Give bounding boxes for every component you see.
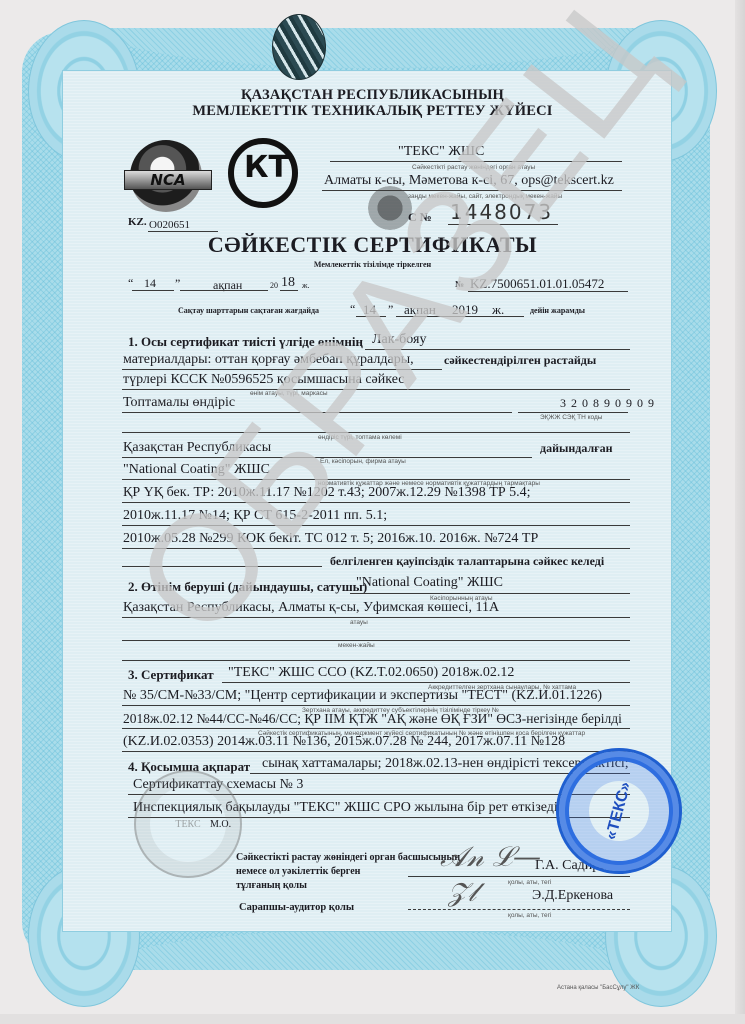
header-line1: ҚАЗАҚСТАН РЕСПУБЛИКАСЫНЫҢ	[0, 87, 745, 104]
head-signature-label-line3: тұлғаның қолы	[236, 880, 307, 891]
underline	[356, 316, 386, 317]
issue-date-open-quote: “	[128, 276, 133, 291]
blank-number-label: С №	[408, 210, 432, 225]
requirements-text: белгіленген қауіпсіздік талаптарына сәйк…	[330, 554, 604, 569]
kt-logo-glyph: КТ	[244, 150, 289, 185]
issue-day: 14	[144, 276, 156, 291]
underline	[122, 705, 630, 706]
underline	[222, 682, 630, 683]
underline	[122, 566, 322, 567]
underline	[365, 349, 630, 350]
underline	[408, 909, 630, 910]
head-signature-icon: 𝒜𝓃 ℒ—	[440, 840, 541, 874]
underline	[122, 617, 630, 618]
underline	[122, 548, 630, 549]
underline	[518, 412, 628, 413]
seal-place-label: М.О.	[210, 819, 231, 830]
address-caption: атауы	[350, 619, 368, 626]
section3-line4: (KZ.И.02.0353) 2014ж.03.11 №136, 2015ж.0…	[123, 734, 565, 750]
underline	[180, 290, 268, 291]
underline	[330, 161, 622, 162]
certificate-content: ҚАЗАҚСТАН РЕСПУБЛИКАСЫНЫҢ МЕМЛЕКЕТТІК ТЕ…	[0, 0, 745, 1024]
section3-line2: № 35/СМ-№33/СМ; "Центр сертификации и эк…	[123, 688, 602, 704]
register-number-value: KZ.7500651.01.01.05472	[470, 276, 604, 292]
underline	[280, 290, 298, 291]
section3-line3: 2018ж.02.12 №44/СС-№46/СС; ҚР ІІМ ҚТЖ "А…	[123, 711, 622, 727]
issue-date-close-quote: ”	[175, 276, 180, 291]
blank-number: 1448073	[450, 200, 553, 224]
identification-text: сәйкестендірілген растайды	[444, 353, 596, 368]
issue-year-suffix: 18	[281, 275, 295, 291]
issuer-address-caption: заңды мекен-жайы, сайт, электрондық меке…	[408, 193, 562, 200]
underline	[468, 291, 628, 292]
section1-label: 1. Осы сертификат тиісті үлгіде өнімнің	[128, 334, 363, 350]
head-sign-caption: қолы, аты, тегі	[508, 879, 551, 886]
underline	[122, 412, 512, 413]
underline	[408, 876, 630, 877]
section2-label: 2. Өтінім беруші (дайындаушы, сатушы)	[128, 579, 367, 595]
underline	[122, 728, 630, 729]
auditor-signature-label: Сарапшы-аудитор қолы	[239, 902, 354, 913]
underline	[122, 751, 630, 752]
manufacturer-country: Қазақстан Республикасы	[123, 440, 271, 456]
underline	[122, 502, 630, 503]
product-caption: өнім атауы, түрі, маркасы	[250, 390, 328, 397]
product-line1: Лак-бояу	[372, 332, 426, 348]
tnved-code: 3 2 0 8 9 0 9 0 9	[560, 396, 655, 411]
norms-line2: 2010ж.11.17 №14; ҚР СТ 615-2-2011 пп. 5.…	[123, 508, 387, 524]
underline	[132, 290, 174, 291]
address2-caption: мекен-жайы	[338, 642, 375, 649]
production-type: Топтамалы өндіріс	[123, 395, 235, 411]
underline	[122, 525, 630, 526]
underline	[122, 660, 630, 661]
kz-prefix: KZ.	[128, 216, 147, 228]
section3-line1: "ТЕКС" ЖШС ССО (KZ.T.02.0650) 2018ж.02.1…	[228, 665, 514, 681]
validity-close-quote: ”	[388, 302, 393, 317]
header-line2: МЕМЛЕКЕТТІК ТЕХНИКАЛЫҚ РЕТТЕУ ЖҮЙЕСІ	[0, 103, 745, 120]
auditor-signature-icon: 𝒵𝓁	[448, 878, 476, 909]
underline	[122, 369, 442, 370]
underline	[122, 432, 630, 433]
tnved-caption: ЭҚЖЖ СЭҚ ТН коды	[540, 414, 602, 421]
country-caption: Ел, кәсіпорын, фирма атауы	[320, 458, 406, 465]
auditor-name: Э.Д.Еркенова	[532, 888, 613, 904]
register-number-label: №	[455, 279, 464, 289]
underline	[322, 190, 622, 191]
norms-line3: 2010ж.05.28 №299 КОК бекіт. ТС 012 т. 5;…	[123, 531, 538, 547]
gray-stamp-text: ТЕКС	[175, 819, 200, 830]
section3-label: 3. Сертификат	[128, 667, 214, 683]
product-line2: материалдары: оттан қорғау әмбебап құрал…	[123, 352, 414, 368]
issuer-name: "ТЕКС" ЖШС	[398, 144, 484, 160]
certificate-title: СӘЙКЕСТІК СЕРТИФИКАТЫ	[0, 232, 745, 258]
issuer-address: Алматы к-сы, Мәметова к-сі, 67, ops@teks…	[324, 173, 614, 189]
printer-imprint: Астана қаласы "БасСұлу" ЖК	[557, 985, 639, 991]
blue-stamp-text: «ТЕКС»	[603, 780, 636, 842]
applicant-name: "National Coating" ЖШС	[356, 575, 503, 591]
issue-year-unit: ж.	[302, 281, 310, 290]
kz-number: О020651	[149, 219, 190, 231]
product-line3: түрлері КССК №0596525 қосымшасына сәйкес	[123, 372, 404, 388]
auditor-sign-caption: қолы, аты, тегі	[508, 912, 551, 919]
norms-line1: ҚР ҮҚ бек. ТР: 2010ж.11.17 №1202 т.43; 2…	[123, 485, 531, 501]
underline	[396, 316, 524, 317]
production-caption: өндіріс түрі, топтама көлемі	[318, 434, 402, 441]
applicant-address: Қазақстан Республикасы, Алматы қ-сы, Уфи…	[123, 600, 499, 616]
nca-logo-text: NCA	[124, 170, 212, 190]
underline	[122, 640, 630, 641]
underline	[448, 224, 558, 225]
hologram-stamp-icon	[368, 186, 412, 230]
underline	[122, 389, 630, 390]
head-signature-label-line1: Сәйкестікті растау жөніндегі орган басшы…	[236, 852, 460, 863]
issuer-name-caption: Сәйкестікті растау жөніндегі орган атауы	[412, 164, 535, 171]
certificate-subtitle: Мемлекеттік тізілімде тіркелген	[0, 260, 745, 269]
manufacturer-name: "National Coating" ЖШС	[123, 462, 270, 478]
validity-suffix: дейін жарамды	[530, 306, 585, 315]
validity-label: Сақтау шарттарын сақтаған жағдайда	[178, 306, 319, 315]
manufactured-label: дайындалған	[540, 441, 613, 456]
validity-open-quote: “	[350, 302, 355, 317]
issue-year-prefix: 20	[270, 281, 278, 290]
head-signature-label-line2: немесе ол уәкілеттік берген	[236, 866, 360, 877]
underline	[350, 593, 630, 594]
